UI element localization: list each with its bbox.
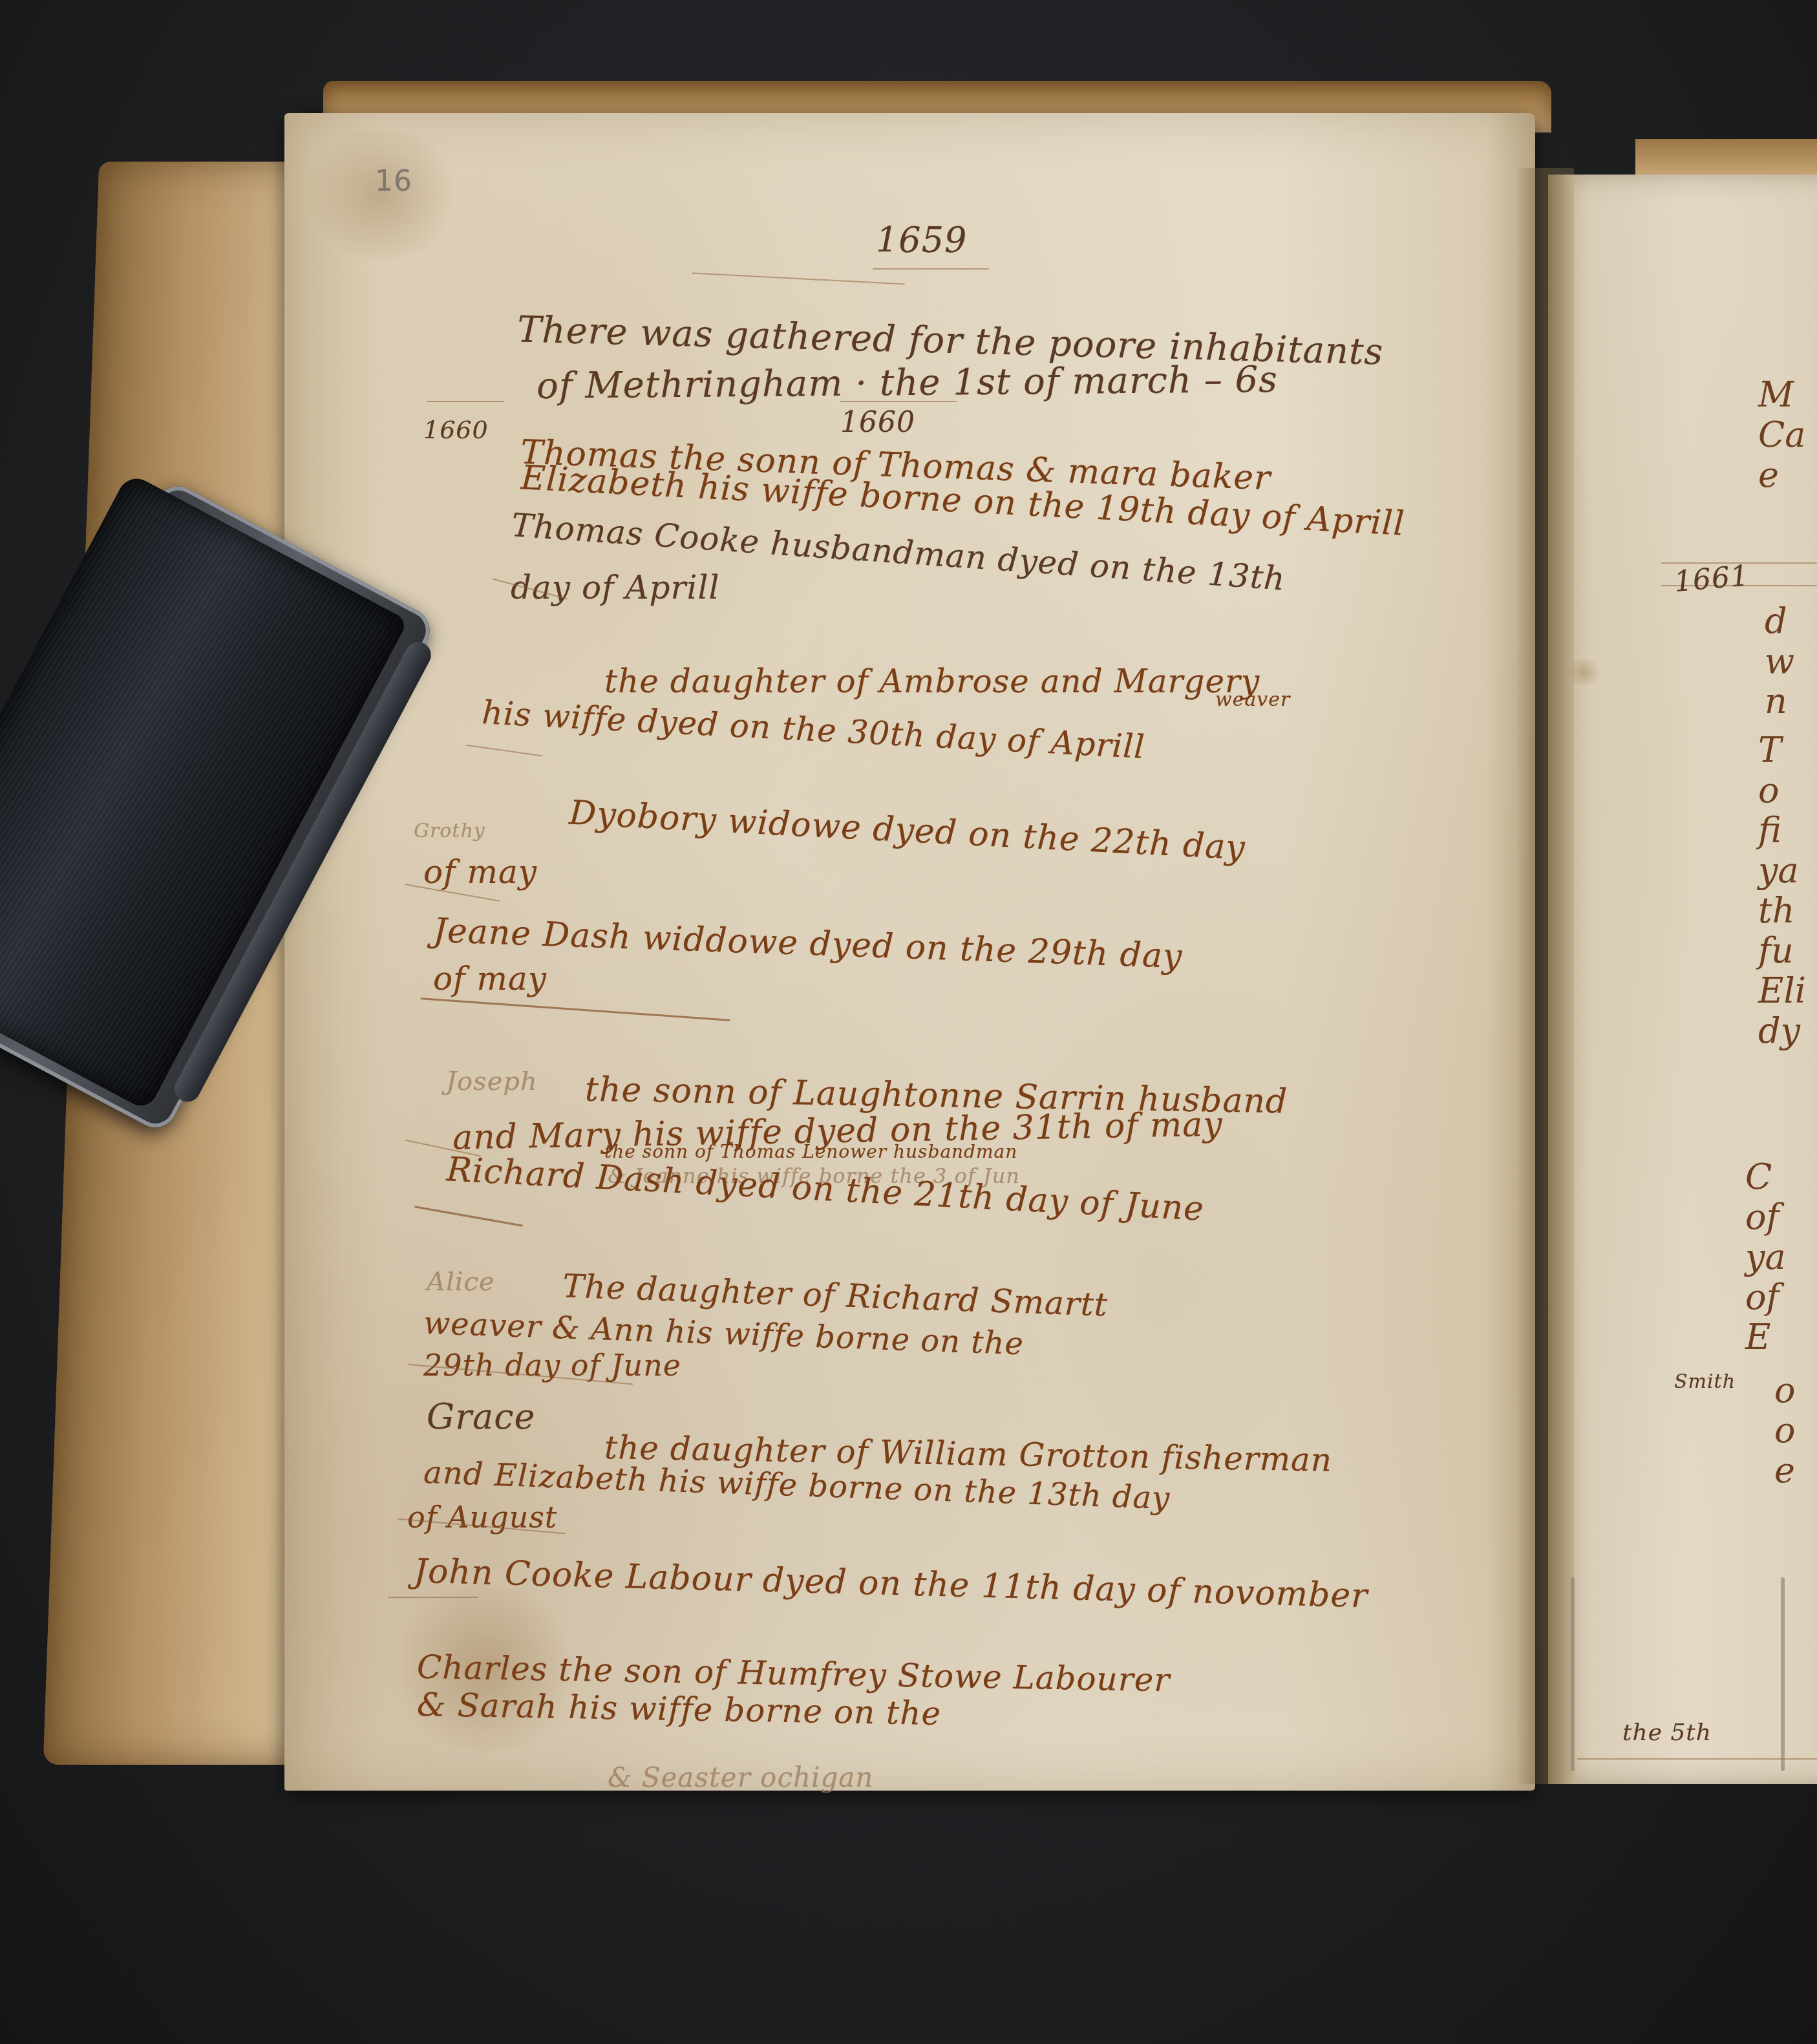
right-page-text-fragment: d w n: [1765, 601, 1794, 721]
header-rule: [873, 268, 989, 270]
faint-line: & Seaster ochigan: [608, 1762, 873, 1793]
right-page-bottom-note: the 5th: [1622, 1719, 1712, 1746]
margin-name: Grothy: [414, 820, 485, 842]
entry-rule: [427, 401, 504, 402]
right-page-column-line: [1781, 1577, 1785, 1771]
margin-name: Grace: [427, 1396, 535, 1437]
entry-line: of August: [407, 1500, 557, 1535]
right-page-text-fragment: T o fi ya th fu Eli dy: [1758, 730, 1806, 1051]
entry-line: of Methringham · the 1st of march – 6s: [537, 359, 1278, 407]
binding-cover-right-edge: [1635, 139, 1817, 178]
right-page-margin-name: Smith: [1674, 1370, 1736, 1393]
entry-line: of may: [423, 853, 537, 891]
margin-year: 1660: [423, 416, 489, 444]
right-page-text-fragment: M Ca e: [1758, 375, 1806, 495]
right-page-text-fragment: o o e: [1774, 1370, 1796, 1491]
entry-line: day of Aprill: [511, 569, 719, 606]
header-year: 1659: [876, 220, 967, 261]
entry-rule: [388, 1597, 478, 1598]
right-page-rule: [1577, 1758, 1817, 1760]
section-year: 1660: [840, 406, 915, 439]
stain: [1564, 659, 1603, 685]
entry-line: of may: [433, 960, 547, 997]
right-page-year: 1661: [1673, 559, 1750, 599]
folio-number: 16: [375, 165, 412, 198]
page-gutter: [1516, 168, 1574, 1784]
interlinear-note: the sonn of Thomas Lenower husbandman: [604, 1141, 1017, 1162]
margin-name: Alice: [427, 1267, 495, 1297]
right-page-text-fragment: C of ya of E: [1745, 1157, 1786, 1357]
entry-rule: [840, 401, 957, 402]
margin-name: Joseph: [446, 1067, 538, 1096]
entry-line: the daughter of Ambrose and Margery: [604, 663, 1260, 700]
